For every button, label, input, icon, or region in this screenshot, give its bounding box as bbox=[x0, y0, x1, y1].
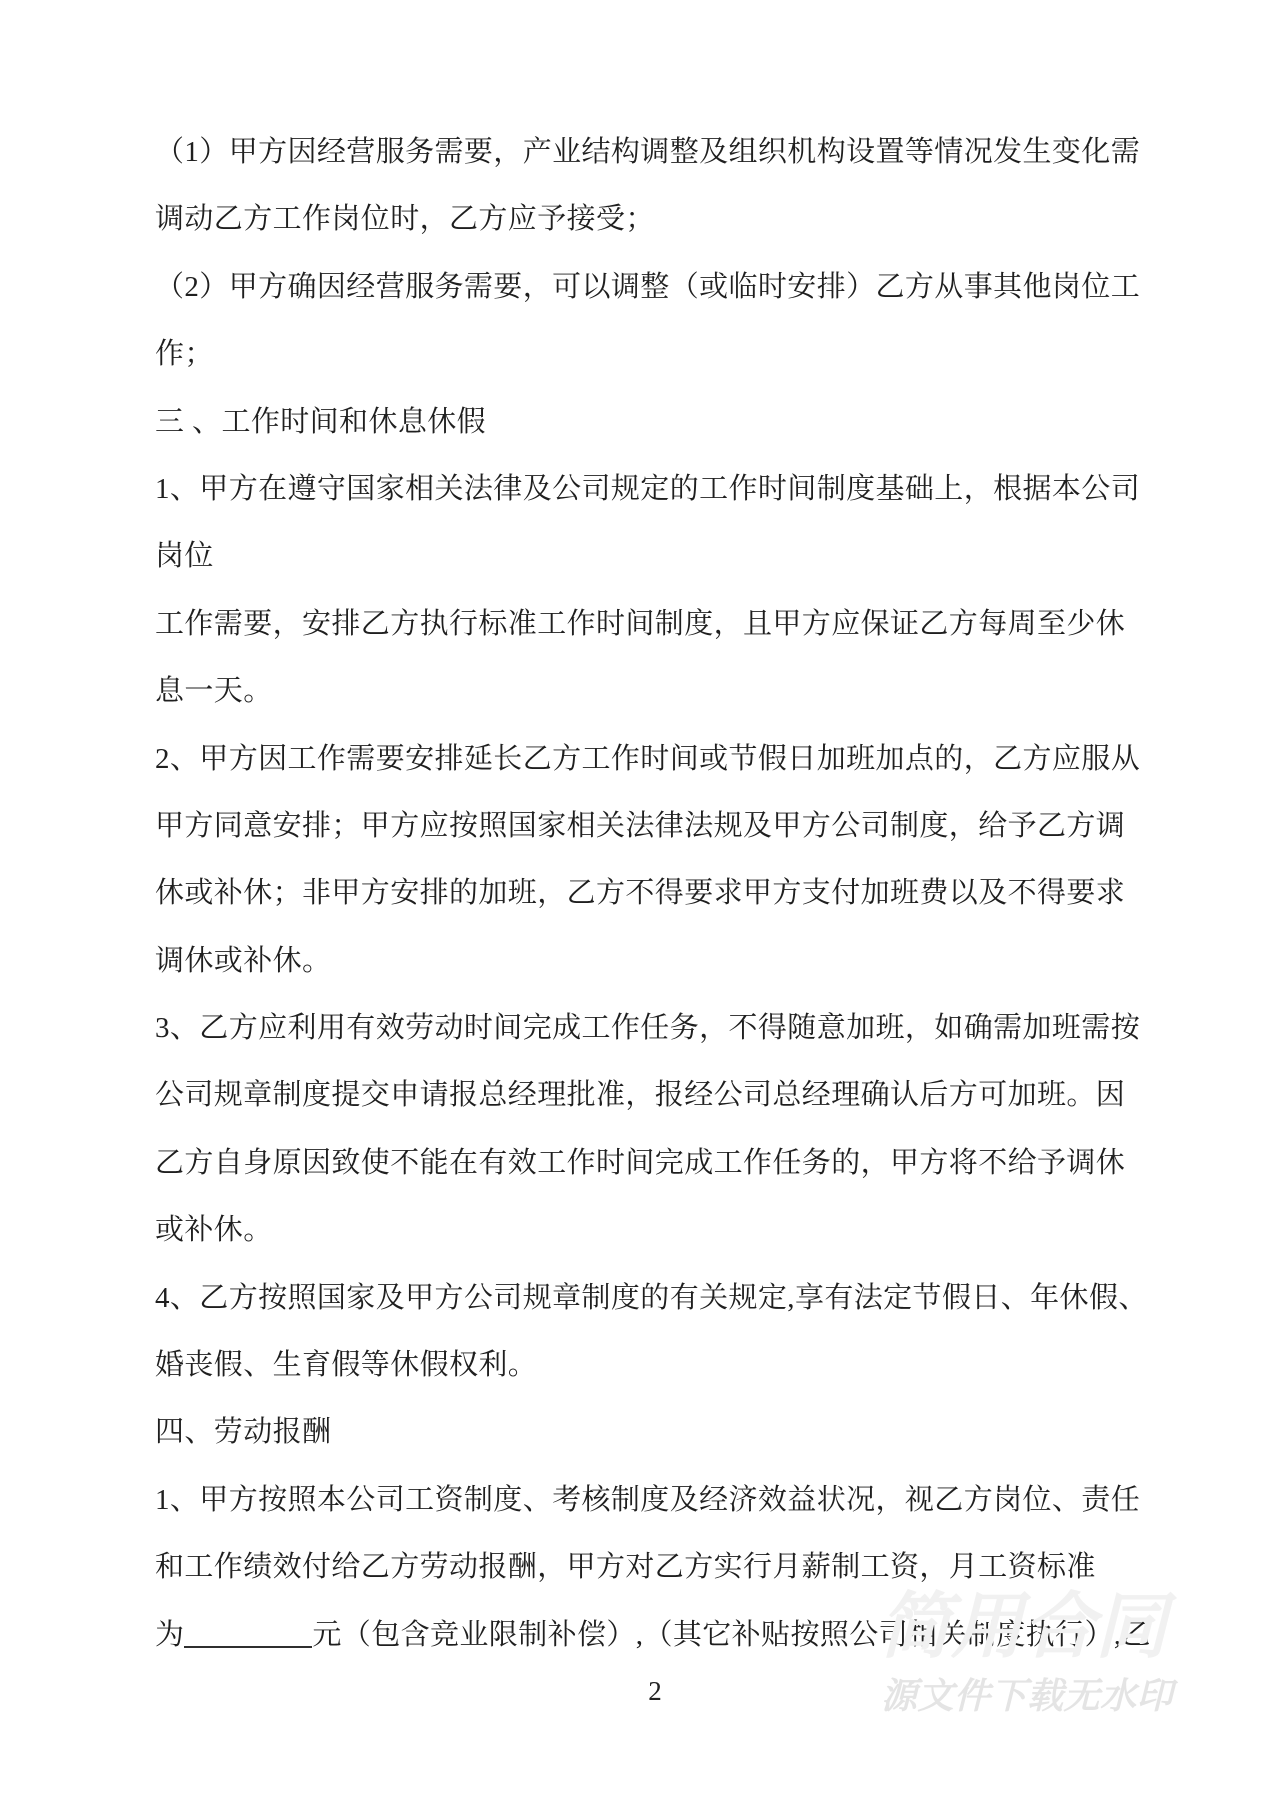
contract-line: 婚丧假、生育假等休假权利。 bbox=[155, 1332, 1182, 1399]
contract-line: 工作需要，安排乙方执行标准工作时间制度，且甲方应保证乙方每周至少休 bbox=[155, 591, 1182, 658]
contract-line: （2）甲方确因经营服务需要，可以调整（或临时安排）乙方从事其他岗位工 bbox=[155, 254, 1182, 321]
salary-line-prefix: 为 bbox=[155, 1619, 184, 1651]
contract-line: 三 、工作时间和休息休假 bbox=[155, 389, 1182, 456]
contract-line: 甲方同意安排；甲方应按照国家相关法律法规及甲方公司制度，给予乙方调 bbox=[155, 793, 1182, 860]
contract-line: 3、乙方应利用有效劳动时间完成工作任务，不得随意加班，如确需加班需按 bbox=[155, 995, 1182, 1062]
contract-line: 和工作绩效付给乙方劳动报酬，甲方对乙方实行月薪制工资，月工资标准 bbox=[155, 1534, 1182, 1601]
contract-line: 岗位 bbox=[155, 523, 1182, 590]
contract-line: 4、乙方按照国家及甲方公司规章制度的有关规定,享有法定节假日、年休假、 bbox=[155, 1265, 1182, 1332]
contract-line: 调休或补休。 bbox=[155, 928, 1182, 995]
contract-line: 休或补休；非甲方安排的加班，乙方不得要求甲方支付加班费以及不得要求 bbox=[155, 860, 1182, 927]
contract-paragraphs: （1）甲方因经营服务需要，产业结构调整及组织机构设置等情况发生变化需调动乙方工作… bbox=[155, 119, 1182, 1602]
contract-line: 乙方自身原因致使不能在有效工作时间完成工作任务的，甲方将不给予调休 bbox=[155, 1130, 1182, 1197]
contract-line: 1、甲方按照本公司工资制度、考核制度及经济效益状况，视乙方岗位、责任 bbox=[155, 1467, 1182, 1534]
salary-line-suffix: 元（包含竞业限制补偿）,（其它补贴按照公司相关制度执行）,乙 bbox=[312, 1619, 1151, 1651]
contract-line: 调动乙方工作岗位时，乙方应予接受； bbox=[155, 186, 1182, 253]
salary-line: 为元（包含竞业限制补偿）,（其它补贴按照公司相关制度执行）,乙 bbox=[155, 1602, 1182, 1669]
contract-line: （1）甲方因经营服务需要，产业结构调整及组织机构设置等情况发生变化需 bbox=[155, 119, 1182, 186]
contract-line: 或补休。 bbox=[155, 1197, 1182, 1264]
contract-line: 息一天。 bbox=[155, 658, 1182, 725]
contract-body: （1）甲方因经营服务需要，产业结构调整及组织机构设置等情况发生变化需调动乙方工作… bbox=[155, 119, 1182, 1669]
page-number: 2 bbox=[155, 1678, 1155, 1705]
contract-line: 四、劳动报酬 bbox=[155, 1399, 1182, 1466]
salary-blank-field bbox=[184, 1617, 312, 1648]
contract-line: 作； bbox=[155, 321, 1182, 388]
contract-line: 公司规章制度提交申请报总经理批准，报经公司总经理确认后方可加班。因 bbox=[155, 1062, 1182, 1129]
contract-line: 2、甲方因工作需要安排延长乙方工作时间或节假日加班加点的，乙方应服从 bbox=[155, 726, 1182, 793]
contract-line: 1、甲方在遵守国家相关法律及公司规定的工作时间制度基础上，根据本公司 bbox=[155, 456, 1182, 523]
contract-page: （1）甲方因经营服务需要，产业结构调整及组织机构设置等情况发生变化需调动乙方工作… bbox=[0, 0, 1280, 1812]
